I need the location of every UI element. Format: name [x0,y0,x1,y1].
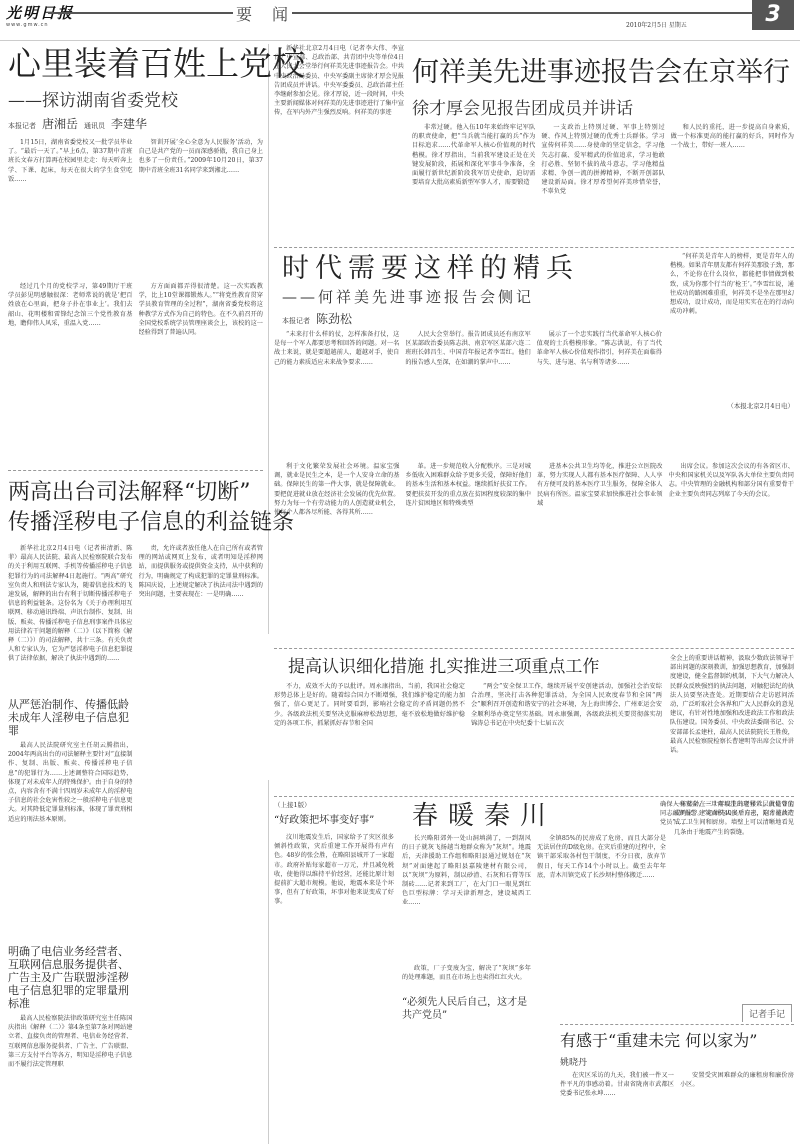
article-body: 1月15日，湖南省委党校又一批学员毕业了。“最后一天了。”早上6点，第37期中青… [8,138,263,278]
section-divider [8,470,263,471]
body-column: 非常过硬。他入伍10年来始终牢记军队的职责使命，把“当兵就当能打赢的兵”作为目标… [412,123,535,263]
body-column: 智训开展‘全心全意为人民服务’活动，为自己是共产党的一员而深感骄傲，我自己身上也… [139,138,264,278]
article-three-tasks: 提高认识细化措施 扎实推进三项重点工作 不力，成效不大的予以批评。周永康指出，当… [274,654,794,794]
article-employment: 利于文化繁荣发展社会环境。温家宝强调，就业是民生之本，是一个人安身立命的基础。保… [274,462,794,642]
body-column: 长兴略阳郊外一处山洞填满了，一到刮风的日子就灰飞扬越当地群众称为“灰坝”。地震后… [402,834,531,964]
headline: 时代需要这样的精兵 [282,252,662,286]
headline: 提高认识细化措施 扎实推进三项重点工作 [288,654,662,680]
section-divider [274,648,794,649]
column-divider [268,780,269,1144]
body-column: 责，允许或者放任他人在自己所有或者管理的网站或网页上发布，或者明知是淫秽网站，而… [139,544,264,1104]
body-column: 新华社北京2月4日电（记者崔清新、陈菲）最高人民法院、最高人民检察院联合发布的关… [8,544,133,694]
body-column: 革。进一步规范收入分配秩序。三是对城乡低收入困难群众给予更多关爱，保障好他们的基… [406,462,532,642]
article-reporter-notes: 有感于“重建未完 何以家为” 姚晓丹 在灾区采访的九天，我们被一件又一件平凡的事… [560,1030,794,1144]
column-divider [268,44,269,634]
page-number: 3 [752,0,794,30]
byline: 姚晓丹 [560,1055,794,1068]
body-column: 在灾区采访的九天，我们被一件又一件平凡的事感动着。甘肃省陇南市武都区党委书记张永… [560,1071,674,1144]
body-column: 不力，成效不大的予以批评。周永康指出，当前，我国社会稳定形势总体上是好的。随着综… [274,682,465,792]
body-column: 一支政治上特别过硬、军事上特别过硬、作风上特别过硬的优秀士兵群体。学习宣传何祥美… [541,123,664,263]
section-divider [274,247,794,248]
headline-line2: 传播淫秽电子信息的利益链条 [8,508,263,538]
issue-date: 2010年2月5日 星期五 [626,20,687,29]
article-spring-shaanxi-continued: 确保人身安全，一旦雨坡带出现异常，由值守的同志敲锣报警。“必须先人民后自己，这才… [660,800,794,990]
body-column: 和人民的重托，进一步提高自身素质，做一个标准更高的能打赢的好兵，同时作为一个战士… [671,123,794,263]
article-body: 非常过硬。他入伍10年来始终牢记军队的职责使命，把“当兵就当能打赢的兵”作为目标… [412,123,794,263]
body-column: 全会上的重要讲话精神，汲取少数政法领导干部出问题的深刻教训，加强思想教育，加强制… [670,654,794,794]
masthead: 光明日报 www.gmw.cn 要闻 2010年2月5日 星期五 3 [0,0,800,40]
header-rule-left [48,12,233,14]
article-body: 在灾区采访的九天，我们被一件又一件平凡的事感动着。甘肃省陇南市武都区党委书记张永… [560,1071,794,1144]
column-tag: 记者手记 [742,1004,792,1022]
article-body: 经过几个月的党校学习，第49期厅干班学员彭见明感触很深：老师常说的就是‘把百姓放… [8,282,263,422]
article-party-school: 心里装着百姓上党校 ——探访湖南省委党校 本报记者唐湘岳通讯员李建华 1月15日… [8,44,263,422]
body-column: 利于文化繁荣发展社会环境。温家宝强调，就业是民生之本，是一个人安身立命的基础。保… [274,462,400,642]
article-judicial: 两高出台司法解释“切断” 传播淫秽电子信息的利益链条 新华社北京2月4日电（记者… [8,478,263,1104]
article-body: 长兴略阳郊外一处山洞填满了，一到刮风的日子就灰飞扬越当地群众称为“灰坝”。地震后… [402,834,666,1022]
subheadline: ——探访湖南省委党校 [8,86,263,111]
article-body: 利于文化繁荣发展社会环境。温家宝强调，就业是民生之本，是一个人安身立命的基础。保… [274,462,794,642]
byline: 本报记者陈劲松 [282,310,662,327]
headline: 心里装着百姓上党校 [8,44,263,84]
continued-note: （上接1版） [274,800,394,809]
section-subhead: “必须先人民后自己，这才是共产党员” [402,996,531,1022]
headline: 何祥美先进事迹报告会在京举行 [412,54,794,92]
body-column: 政策，厂子变废为宝，解决了“灰坝”多年的处理难题，而且在市场上也卖得红红火火。 [402,964,531,992]
headline: 有感于“重建未完 何以家为” [560,1030,794,1052]
body-column: “两会”安全保卫工作，继续开展平安创建活动，加强社会治安综合治理，坚决打击各种犯… [471,682,662,792]
body-column: 全镇85%的民房成了危房，而且大部分是无法居住的D级危房。在灾后重建的过程中，全… [537,834,666,1004]
body-column: 新华社北京2月4日电（记者李大伟、李宣良）中宣部、总政治部、共青团中央等单位4日… [274,44,404,194]
subheadline: ——何祥美先进事迹报告会侧记 [282,286,662,307]
headline: 春暖秦川 [412,800,666,832]
byline: 本报记者唐湘岳通讯员李建华 [8,115,263,132]
article-body: 新华社北京2月4日电（记者崔清新、陈菲）最高人民法院、最高人民检察院联合发布的关… [8,544,263,1104]
section-divider [274,796,794,797]
body-column: 方方面面都弄得很清楚。这一次实践教学，比上10堂课都锻炼人。”“将党性教育贯穿学… [139,282,264,422]
body-column: 出席会议。参加这次会议的有各省区市、中央和国家机关以及军队各大单位主要负责同志。… [669,462,795,642]
subheadline: 徐才厚会见报告团成员并讲话 [412,94,794,119]
section-subhead: 从严惩治制作、传播低龄未成年人淫秽电子信息犯罪 [8,698,133,737]
body-column: 汶川地震发生后，国家给予了灾区很多倾斜性政策，灾后重建工作开展得有声有色。48岁… [274,833,394,1133]
header-divider [0,40,800,41]
article-body: 不力，成效不大的予以批评。周永康指出，当前，我国社会稳定形势总体上是好的。随着综… [274,682,662,792]
header-rule-right [292,12,752,14]
section-divider [560,1024,794,1025]
section-subhead: 明确了电信业务经营者、互联网信息服务提供者、广告主及广告联盟涉淫秽电子信息犯罪的… [8,945,133,1010]
headline-line1: 两高出台司法解释“切断” [8,478,263,508]
article-he-xiangmei: 新华社北京2月4日电（记者李大伟、李宣良）中宣部、总政治部、共青团中央等单位4日… [274,44,794,263]
section-subhead: “好政策把坏事变好事” [274,813,394,829]
body-column: 进基本公共卫生均等化，推进公立医院改革，努力实现人人都有基本医疗保障、人人享有方… [537,462,663,642]
body-column: 1月15日，湖南省委党校又一批学员毕业了。“最后一天了。”早上6点，第37期中青… [8,138,133,278]
body-column: 经过几个月的党校学习，第49期厅干班学员彭见明感触很深：老师常说的就是‘把百姓放… [8,282,133,422]
website-url: www.gmw.cn [6,22,49,28]
body-column: “何祥美是青年人的榜样，更是青年人的楷模。如果青年朋友都有何祥美那股子劲，那么，… [670,252,794,397]
dateline: （本报北京2月4日电） [670,401,794,410]
body-column: 安置受灾困难群众的廉租房和廉价房小区。 [680,1071,794,1144]
body-column: 最高人民检察院法律政策研究室主任陈国庆指出《解释（二）》第4条至第7条对网站建立… [8,1014,133,1084]
body-column: 最高人民法院研究室主任胡云腾指出，2004年两高出台的司法解释主要针对“直接制作… [8,741,133,941]
body-column: 确保人身安全，一旦雨坡带出现异常，由值守的同志敲锣报警。“必须先人民后自己，这才… [660,800,794,990]
